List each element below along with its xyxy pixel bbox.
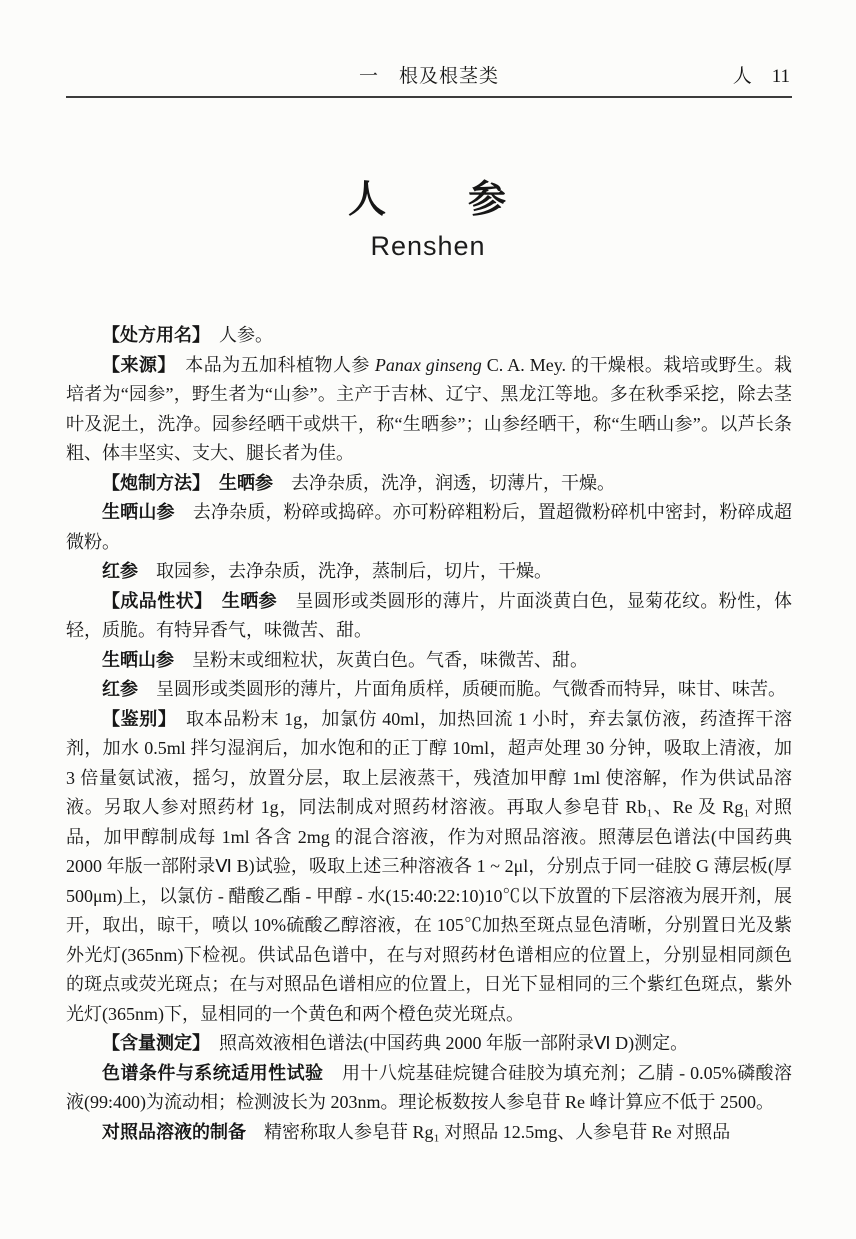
bold-label: 色谱条件与系统适用性试验 (102, 1063, 324, 1083)
bold-label: 【鉴别】 (102, 709, 167, 729)
document-page: 一 根及根茎类 人11 人 参 Renshen 【处方用名】 人参。【来源】 本… (0, 0, 856, 1239)
bold-label: 【成品性状】 生晒参 (102, 591, 277, 611)
bold-label: 红参 (102, 679, 138, 699)
bold-label: 对照品溶液的制备 (102, 1122, 246, 1142)
page-indicator: 人11 (733, 64, 790, 90)
bold-label: 【炮制方法】 生晒参 (102, 473, 273, 493)
text-segment: 取园参，去净杂质，洗净，蒸制后，切片，干燥。 (138, 561, 552, 581)
text-segment: 照高效液相色谱法(中国药典 2000 年版一部附录Ⅵ D)测定。 (201, 1033, 688, 1053)
text-segment: 精密称取人参皂苷 Rg₁ 对照品 12.5mg、人参皂苷 Re 对照品 (246, 1122, 730, 1142)
text-segment: 本品为五加科植物人参 (167, 355, 375, 375)
page-number: 11 (772, 66, 790, 87)
paragraph: 生晒山参 去净杂质，粉碎或捣碎。亦可粉碎粗粉后，置超微粉碎机中密封，粉碎成超微粉… (66, 498, 792, 557)
drug-title: 人 参 (0, 178, 856, 222)
title-block: 人 参 Renshen (0, 178, 856, 262)
document-body: 【处方用名】 人参。【来源】 本品为五加科植物人参 Panax ginseng … (66, 321, 792, 1221)
bold-label: 【来源】 (102, 355, 167, 375)
bold-label: 生晒山参 (102, 650, 174, 670)
text-segment: 取本品粉末 1g，加氯仿 40ml，加热回流 1 小时，弃去氯仿液，药渣挥干溶剂… (66, 709, 792, 1024)
header-rule (66, 96, 792, 98)
latin-name: Panax ginseng (375, 355, 482, 375)
text-segment: 呈圆形或类圆形的薄片，片面角质样，质硬而脆。气微香而特异，味甘、味苦。 (138, 679, 786, 699)
paragraph: 【炮制方法】 生晒参 去净杂质，洗净，润透，切薄片，干燥。 (66, 469, 792, 499)
bold-label: 生晒山参 (102, 502, 175, 522)
paragraph: 对照品溶液的制备 精密称取人参皂苷 Rg₁ 对照品 12.5mg、人参皂苷 Re… (66, 1118, 792, 1148)
paragraph: 生晒山参 呈粉末或细粒状，灰黄白色。气香，味微苦、甜。 (66, 646, 792, 676)
running-head: 一 根及根茎类 人11 (66, 64, 792, 90)
paragraph: 红参 取园参，去净杂质，洗净，蒸制后，切片，干燥。 (66, 557, 792, 587)
drug-title-pinyin: Renshen (0, 230, 856, 262)
paragraph: 【含量测定】 照高效液相色谱法(中国药典 2000 年版一部附录Ⅵ D)测定。 (66, 1029, 792, 1059)
paragraph: 【鉴别】 取本品粉末 1g，加氯仿 40ml，加热回流 1 小时，弃去氯仿液，药… (66, 705, 792, 1030)
paragraph: 红参 呈圆形或类圆形的薄片，片面角质样，质硬而脆。气微香而特异，味甘、味苦。 (66, 675, 792, 705)
paragraph: 【处方用名】 人参。 (66, 321, 792, 351)
text-segment: 去净杂质，粉碎或捣碎。亦可粉碎粗粉后，置超微粉碎机中密封，粉碎成超微粉。 (66, 502, 792, 552)
bold-label: 【含量测定】 (102, 1033, 201, 1053)
text-segment: 呈粉末或细粒状，灰黄白色。气香，味微苦、甜。 (174, 650, 588, 670)
text-segment: 去净杂质，洗净，润透，切薄片，干燥。 (273, 473, 615, 493)
bold-label: 【处方用名】 (102, 325, 201, 345)
text-segment: 人参。 (201, 325, 273, 345)
page-group-label: 人 (733, 66, 752, 87)
paragraph: 【来源】 本品为五加科植物人参 Panax ginseng C. A. Mey.… (66, 351, 792, 469)
bold-label: 红参 (102, 561, 138, 581)
paragraph: 色谱条件与系统适用性试验 用十八烷基硅烷键合硅胶为填充剂；乙腈 - 0.05%磷… (66, 1059, 792, 1118)
section-title: 一 根及根茎类 (66, 64, 792, 90)
paragraph: 【成品性状】 生晒参 呈圆形或类圆形的薄片，片面淡黄白色，显菊花纹。粉性，体轻，… (66, 587, 792, 646)
